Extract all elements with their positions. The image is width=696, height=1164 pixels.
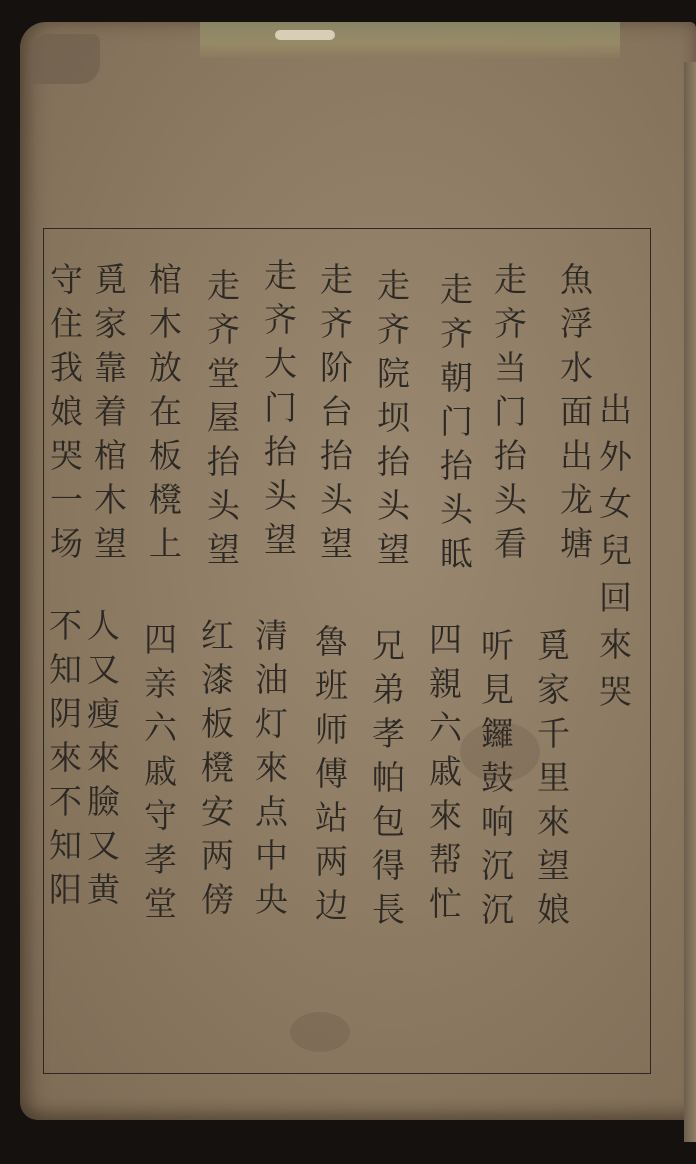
verse-9-lower: 人又瘦來臉又黄 — [83, 608, 119, 916]
verse-10-lower: 不知阴來不知阳 — [45, 608, 81, 916]
verse-9-upper: 覓家靠着棺木望 — [90, 262, 126, 570]
verse-8-lower: 四亲六戚守孝堂 — [140, 622, 176, 930]
verse-4-lower: 兄弟孝帕包得長 — [368, 628, 404, 936]
verse-5-lower: 魯班师傅站两边 — [311, 624, 347, 932]
tape-strip — [200, 22, 620, 58]
verse-5-upper: 走齐阶台抬头望 — [316, 262, 352, 570]
verse-3-lower: 四親六戚來帮忙 — [425, 622, 461, 930]
verse-6-lower: 清油灯來点中央 — [251, 618, 287, 926]
verse-8-upper: 棺木放在板櫈上 — [145, 262, 181, 570]
verse-2-lower: 听見鑼鼓响沉沉 — [477, 628, 513, 936]
verse-2-upper: 走齐当门抬头看 — [490, 262, 526, 570]
torn-corner — [30, 34, 100, 84]
page-title: 出外女兒回來哭 — [595, 392, 631, 721]
verse-7-upper: 走齐堂屋抬头望 — [203, 268, 239, 576]
verse-7-lower: 红漆板櫈安两傍 — [197, 618, 233, 926]
next-page-edge — [684, 62, 696, 1142]
tape-curl — [275, 30, 335, 40]
verse-1-lower: 覓家千里來望娘 — [533, 628, 569, 936]
verse-10-upper: 守住我娘哭一场 — [46, 262, 82, 570]
verse-6-upper: 走齐大门抬头望 — [260, 258, 296, 566]
verse-3-upper: 走齐朝门抬头眡 — [436, 272, 472, 580]
verse-4-upper: 走齐院坝抬头望 — [373, 268, 409, 576]
verse-1-upper: 魚浮水面出龙塘 — [556, 262, 592, 570]
